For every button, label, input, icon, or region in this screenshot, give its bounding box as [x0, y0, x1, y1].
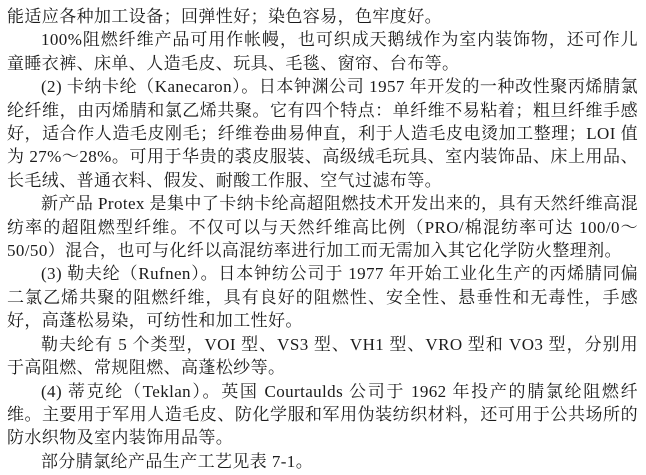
paragraph-100-percent-flame-retardant-uses: 100%阻燃纤维产品可用作帐幔，也可织成天鹅绒作为室内装饰物，还可作儿童睡衣裤、… [7, 28, 638, 75]
paragraph-rufnen: (3) 勒夫纶（Rufnen）。日本钟纺公司于 1977 年开始工业化生产的丙烯… [7, 262, 638, 332]
paragraph-continuation-processing-properties: 能适应各种加工设备；回弹性好；染色容易，色牢度好。 [7, 5, 638, 28]
document-page: 能适应各种加工设备；回弹性好；染色容易，色牢度好。 100%阻燃纤维产品可用作帐… [0, 0, 646, 475]
paragraph-protex: 新产品 Protex 是集中了卡纳卡纶高超阻燃技术开发出来的，具有天然纤维高混纺… [7, 192, 638, 262]
paragraph-table-reference: 部分腈氯纶产品生产工艺见表 7-1。 [7, 450, 638, 473]
paragraph-teklan: (4) 蒂克纶（Teklan）。英国 Courtaulds 公司于 1962 年… [7, 380, 638, 450]
paragraph-kanecaron: (2) 卡纳卡纶（Kanecaron）。日本钟渊公司 1957 年开发的一种改性… [7, 75, 638, 192]
paragraph-rufnen-types: 勒夫纶有 5 个类型，VOI 型、VS3 型、VH1 型、VRO 型和 VO3 … [7, 333, 638, 380]
